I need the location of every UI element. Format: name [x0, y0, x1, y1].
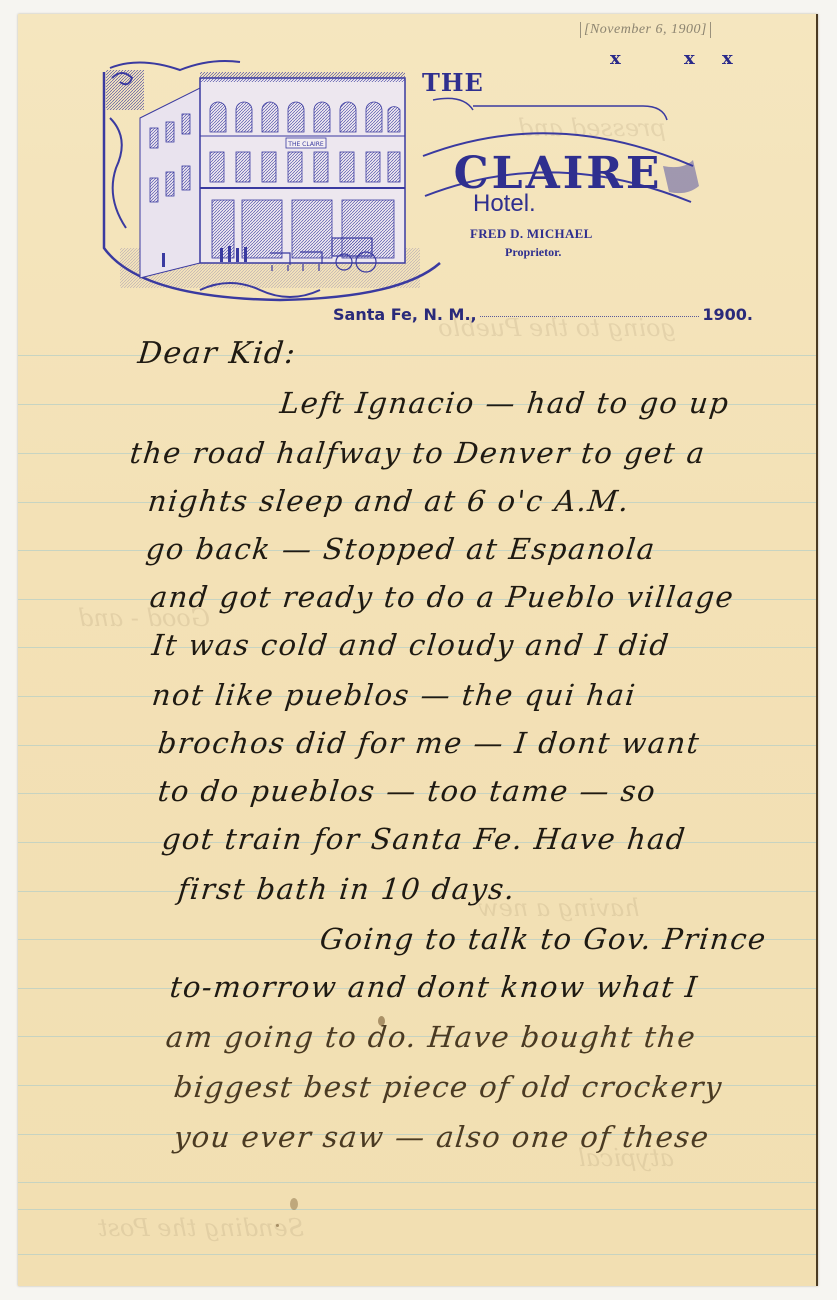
ruled-line	[18, 1209, 816, 1210]
letter-line: biggest best piece of old crockery	[172, 1070, 724, 1104]
letter-line: to-morrow and dont know what I	[168, 970, 700, 1004]
ruled-line	[18, 1254, 816, 1255]
letter-line: It was cold and cloudy and I did	[150, 628, 671, 662]
letter-line: got train for Santa Fe. Have had	[160, 822, 688, 856]
letter-line: you ever saw — also one of these	[172, 1120, 711, 1154]
dateline: Santa Fe, N. M., 1900.	[333, 305, 753, 324]
letter-line: and got ready to do a Pueblo village	[148, 580, 736, 614]
dateline-place: Santa Fe, N. M.,	[333, 305, 477, 324]
letterhead-the: THE	[422, 68, 484, 97]
dateline-year: 1900.	[702, 305, 753, 324]
letter-line: not like pueblos — the qui hai	[150, 678, 638, 712]
letter-line: go back — Stopped at Espanola	[144, 532, 657, 566]
letter-line: brochos did for me — I dont want	[156, 726, 702, 760]
proprietor-name: FRED D. MICHAEL	[470, 226, 593, 242]
ink-blot	[378, 1016, 385, 1026]
salutation: Dear Kid:	[136, 336, 298, 371]
x-mark: x	[684, 48, 695, 69]
ruled-line	[18, 1182, 816, 1183]
letter-sheet: pressed and going to the Pueblo Good - a…	[18, 14, 818, 1286]
letterhead-banner: CLAIRE	[413, 96, 703, 206]
proprietor-title: Proprietor.	[505, 245, 561, 260]
bleed-through-text: Sending the Post	[98, 1214, 304, 1242]
dateline-blank	[480, 316, 700, 317]
ink-blot	[276, 1224, 279, 1227]
letter-line: first bath in 10 days.	[176, 872, 517, 906]
letterhead-hotel: Hotel.	[473, 190, 536, 218]
letter-line: Going to talk to Gov. Prince	[318, 922, 768, 956]
x-mark: x	[610, 48, 621, 69]
ink-blot	[290, 1198, 298, 1210]
letter-line: nights sleep and at 6 o'c A.M.	[146, 484, 631, 518]
hotel-building-engraving: THE CLAIRE	[100, 48, 452, 306]
letter-line: the road halfway to Denver to get a	[128, 436, 707, 470]
svg-text:THE CLAIRE: THE CLAIRE	[287, 141, 324, 148]
letter-line: am going to do. Have bought the	[164, 1020, 698, 1054]
letter-line: Left Ignacio — had to go up	[278, 386, 731, 420]
x-mark: x	[722, 48, 733, 69]
letter-line: to do pueblos — too tame — so	[156, 774, 658, 808]
archival-date-note: [November 6, 1900]	[580, 22, 711, 38]
